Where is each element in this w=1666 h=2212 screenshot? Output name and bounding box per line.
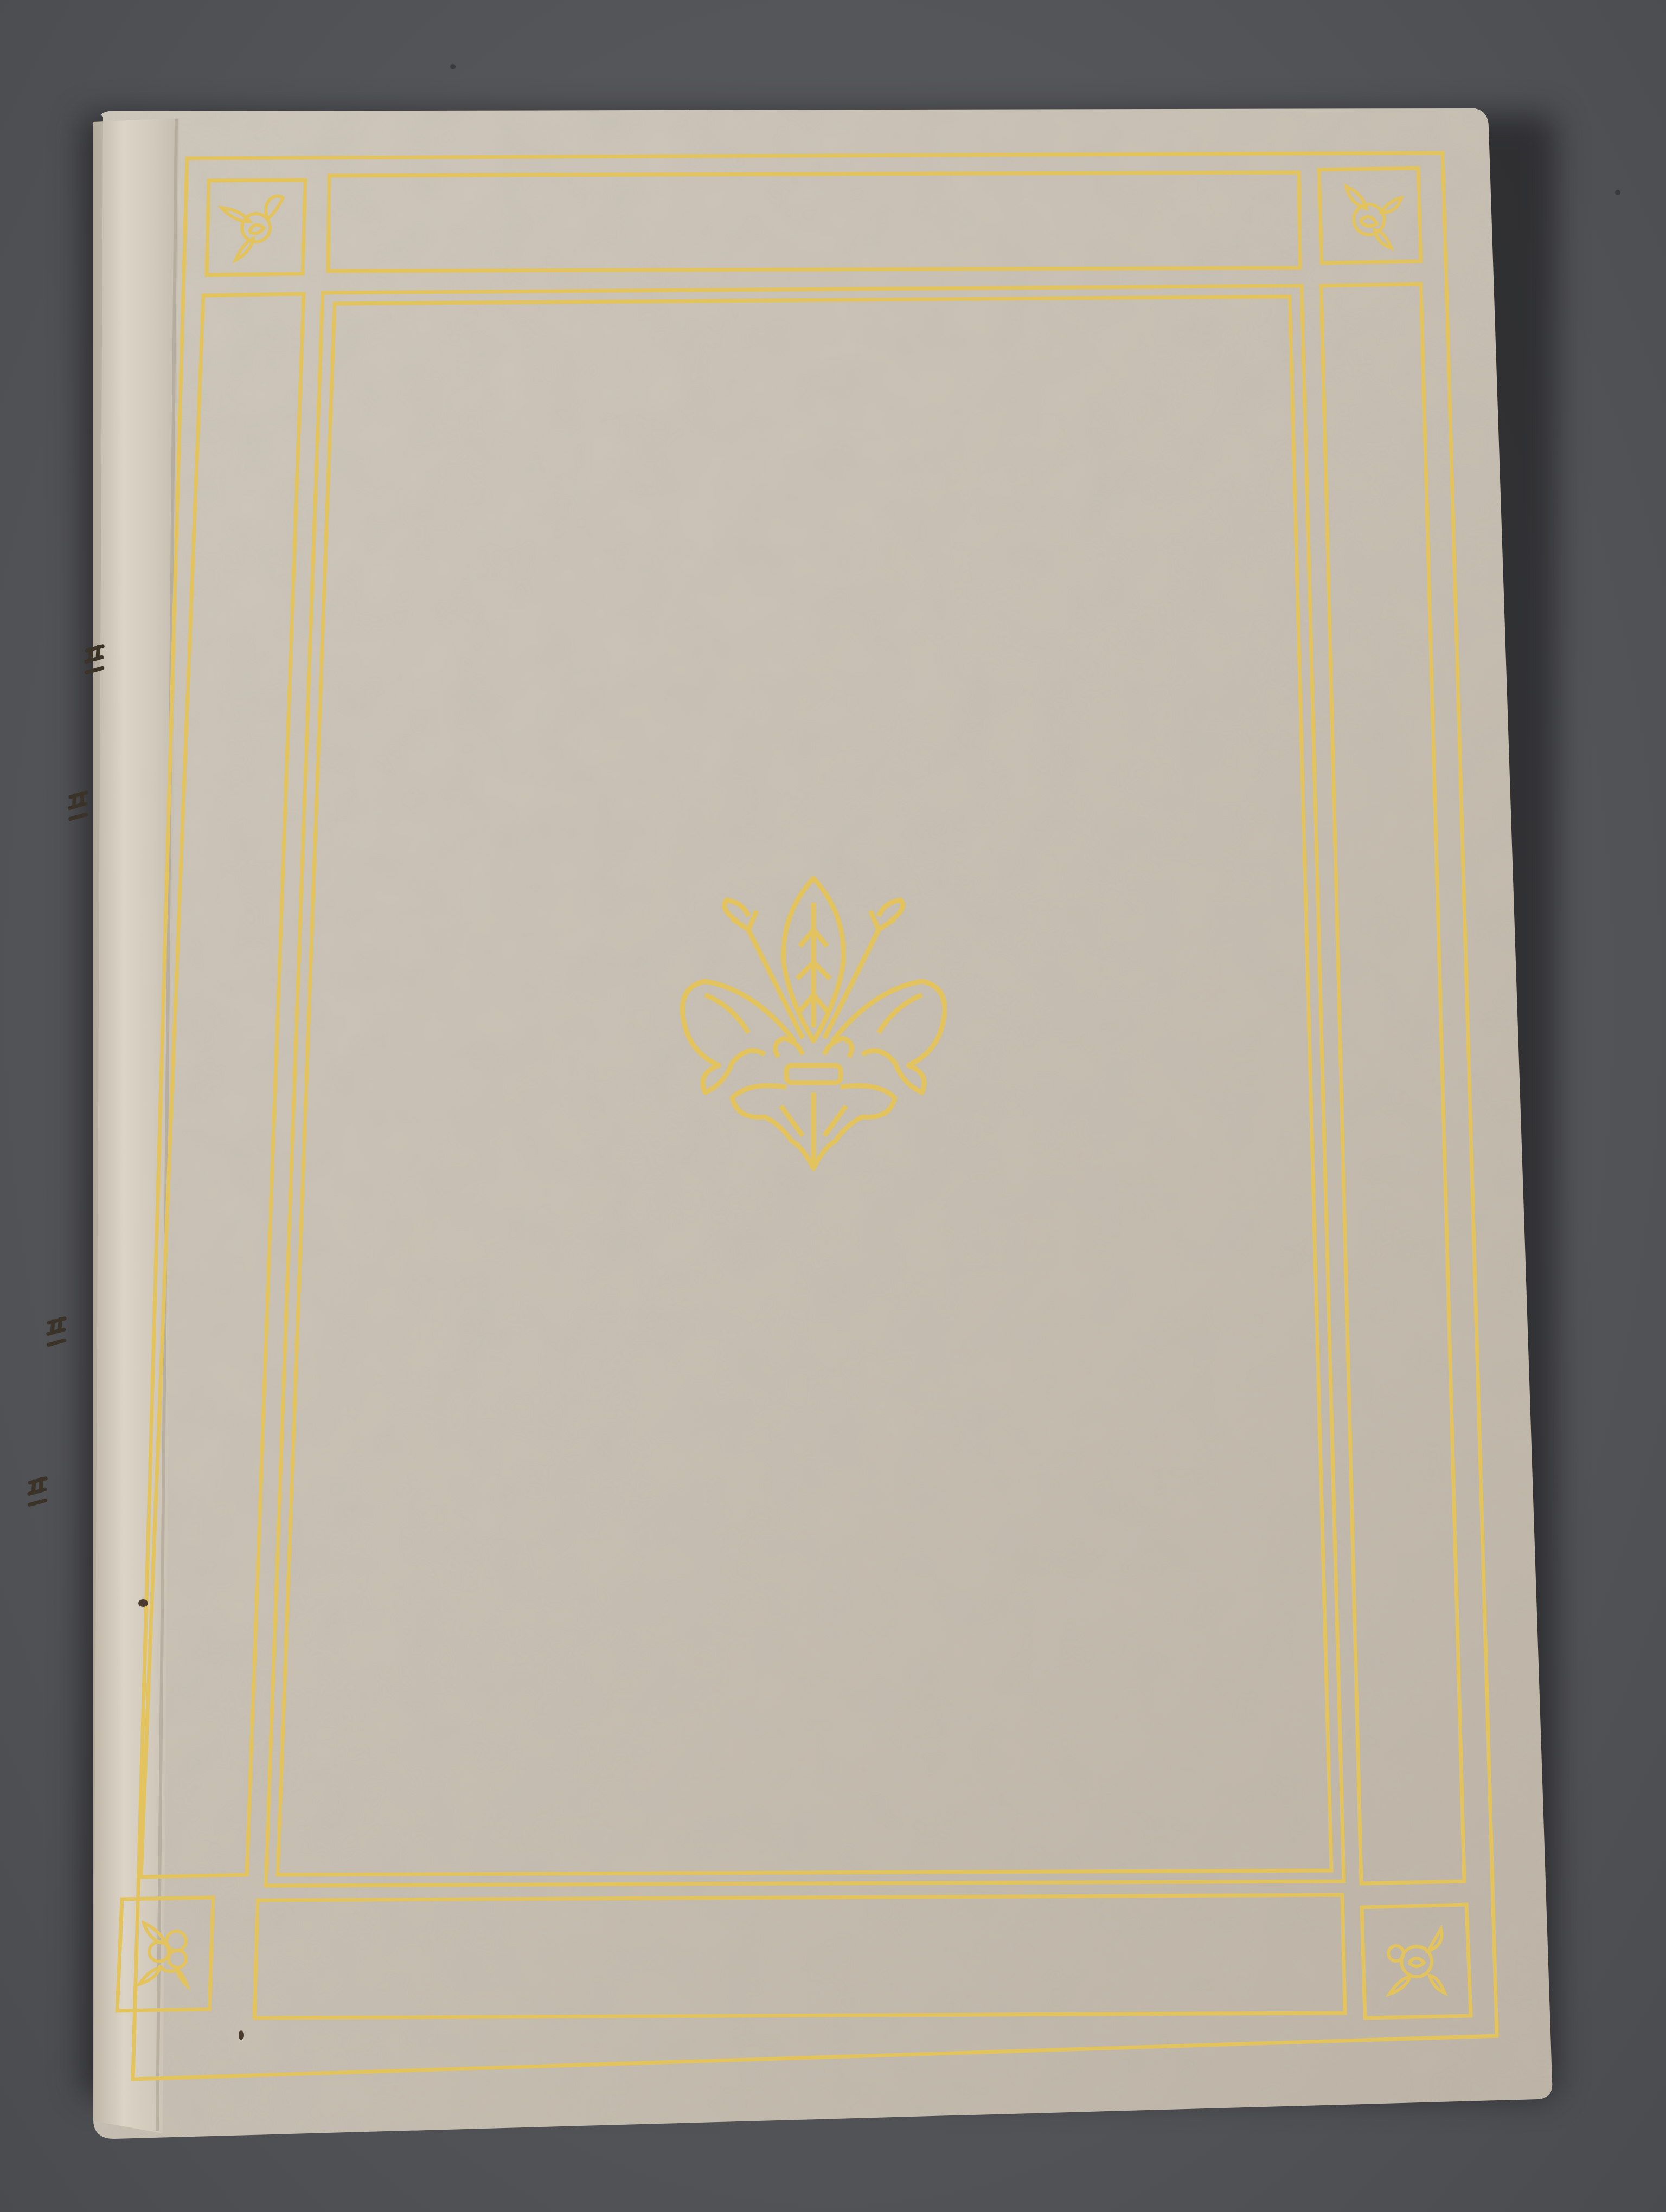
book xyxy=(0,0,1666,2212)
dust-speck xyxy=(450,64,456,69)
photo-scene xyxy=(0,0,1666,2212)
book-cover-art xyxy=(0,0,1666,2212)
stain-spot xyxy=(239,2030,244,2040)
dust-speck xyxy=(1615,190,1620,195)
stain-spot xyxy=(138,1599,148,1607)
